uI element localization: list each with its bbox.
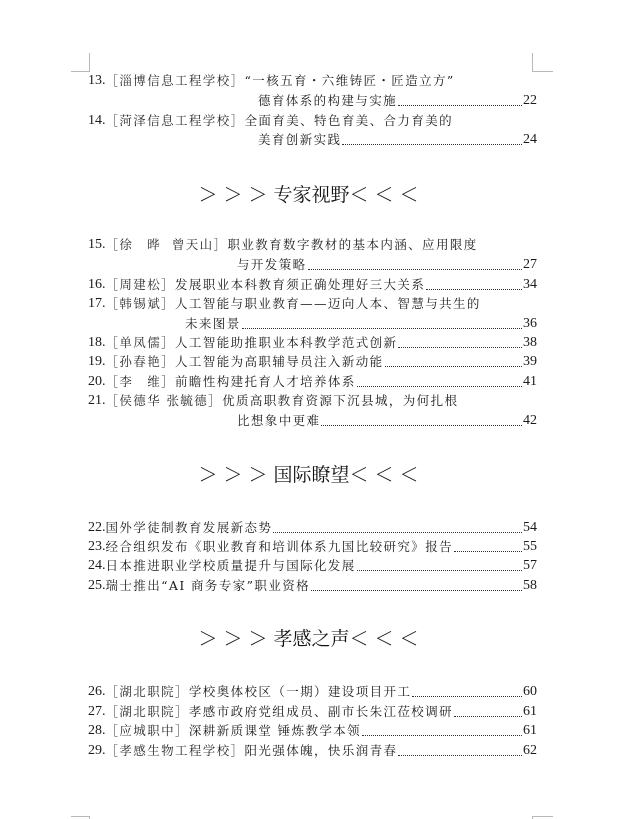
entry-page: 22 (523, 91, 537, 111)
entry-number: 29. (88, 741, 106, 761)
entry-number: 16. (88, 275, 106, 295)
entry-author: ［李 维］ (106, 372, 176, 392)
entry-title-cont: 未来图景 (185, 314, 241, 334)
entry-page: 38 (523, 333, 537, 353)
entry-page: 57 (523, 556, 537, 576)
entry-number: 25. (88, 576, 106, 596)
toc-entry-21[interactable]: 21. ［侯德华 张毓德］ 优质高职教育资源下沉县城，为何扎根 (88, 391, 537, 411)
entry-title: “一核五育・六维铸匠・匠造立方” (245, 71, 455, 91)
chevron-left-icon: ＜＜＜ (350, 184, 425, 206)
toc-entry-23[interactable]: 23. 经合组织发布《职业教育和培训体系九国比较研究》报告 55 (88, 537, 537, 557)
toc-entry-25[interactable]: 25. 瑞士推出“AI 商务专家”职业资格 58 (88, 576, 537, 596)
chevron-left-icon: ＜＜＜ (350, 464, 425, 486)
chevron-left-icon: ＜＜＜ (350, 628, 425, 650)
entry-number: 26. (88, 682, 106, 702)
leader-dots (311, 590, 522, 591)
entry-author: ［湖北职院］ (106, 682, 189, 702)
leader-dots (308, 269, 522, 270)
toc-entry-14-continuation[interactable]: 美育创新实践 24 (258, 130, 537, 150)
entry-title: 前瞻性构建托育人才培养体系 (175, 372, 356, 392)
entry-title: 全面育美、特色育美、合力育美的 (245, 111, 454, 131)
toc-entry-26[interactable]: 26. ［湖北职院］ 学校奥体校区（一期）建设项目开工 60 (88, 682, 537, 702)
toc-entry-22[interactable]: 22. 国外学徒制教育发展新态势 54 (88, 518, 537, 538)
entry-title-cont: 比想象中更难 (237, 411, 320, 431)
entry-number: 28. (88, 721, 106, 741)
toc-entry-18[interactable]: 18. ［单凤儒］ 人工智能助推职业本科教学范式创新 38 (88, 333, 537, 353)
toc-entry-17-continuation[interactable]: 未来图景 36 (185, 314, 537, 334)
section-header-xiaogan-voice: ＞＞＞孝感之声＜＜＜ (0, 624, 623, 651)
entry-author: ［淄博信息工程学校］ (106, 71, 245, 91)
toc-entry-27[interactable]: 27. ［湖北职院］ 孝感市政府党组成员、副市长朱江莅校调研 61 (88, 702, 537, 722)
leader-dots (398, 105, 522, 106)
entry-title: 日本推进职业学校质量提升与国际化发展 (106, 556, 356, 576)
entry-title: 瑞士推出“AI 商务专家”职业资格 (106, 576, 311, 596)
entry-number: 19. (88, 352, 106, 372)
section-header-expert-view: ＞＞＞专家视野＜＜＜ (0, 180, 623, 207)
leader-dots (398, 347, 522, 348)
entry-title-cont: 德育体系的构建与实施 (258, 91, 397, 111)
toc-entry-29[interactable]: 29. ［孝感生物工程学校］ 阳光强体魄，快乐润青春 62 (88, 741, 537, 761)
entry-title: 发展职业本科教育须正确处理好三大关系 (175, 275, 425, 295)
chevron-right-icon: ＞＞＞ (198, 628, 273, 650)
entry-page: 36 (523, 314, 537, 334)
crop-mark-top-left (71, 53, 90, 72)
entry-author: ［菏泽信息工程学校］ (106, 111, 245, 131)
toc-entry-13[interactable]: 13. ［淄博信息工程学校］ “一核五育・六维铸匠・匠造立方” (88, 71, 537, 91)
section-title: 国际瞭望 (273, 464, 349, 486)
entry-title: 人工智能为高职辅导员注入新动能 (175, 352, 384, 372)
entry-title-cont: 美育创新实践 (258, 130, 341, 150)
toc-entry-14[interactable]: 14. ［菏泽信息工程学校］ 全面育美、特色育美、合力育美的 (88, 111, 537, 131)
chevron-right-icon: ＞＞＞ (198, 464, 273, 486)
entry-page: 61 (523, 721, 537, 741)
section-title: 孝感之声 (273, 628, 349, 650)
leader-dots (242, 328, 522, 329)
leader-dots (357, 570, 522, 571)
entry-author: ［韩锡斌］ (106, 294, 176, 314)
entry-page: 34 (523, 275, 537, 295)
leader-dots (454, 716, 522, 717)
entry-number: 23. (88, 537, 106, 557)
entry-author: ［湖北职院］ (106, 702, 189, 722)
entry-author: ［应城职中］ (106, 721, 189, 741)
entry-author: ［单凤儒］ (106, 333, 176, 353)
entry-number: 13. (88, 71, 106, 91)
leader-dots (426, 289, 522, 290)
toc-entry-15[interactable]: 15. ［徐 晔 曾天山］ 职业教育数字教材的基本内涵、应用限度 (88, 235, 537, 255)
entry-title: 人工智能助推职业本科教学范式创新 (175, 333, 397, 353)
entry-number: 17. (88, 294, 106, 314)
entry-number: 14. (88, 111, 106, 131)
entry-number: 22. (88, 518, 106, 538)
section-title: 专家视野 (273, 184, 349, 206)
entry-page: 24 (523, 130, 537, 150)
toc-entry-16[interactable]: 16. ［周建松］ 发展职业本科教育须正确处理好三大关系 34 (88, 275, 537, 295)
entry-number: 27. (88, 702, 106, 722)
toc-entry-28[interactable]: 28. ［应城职中］ 深耕新质课堂 锤炼教学本领 61 (88, 721, 537, 741)
entry-author: ［侯德华 张毓德］ (106, 391, 223, 411)
entry-page: 55 (523, 537, 537, 557)
crop-mark-top-right (532, 53, 553, 72)
entry-page: 39 (523, 352, 537, 372)
toc-entry-21-continuation[interactable]: 比想象中更难 42 (237, 411, 537, 431)
entry-page: 60 (523, 682, 537, 702)
entry-page: 58 (523, 576, 537, 596)
section-header-international: ＞＞＞国际瞭望＜＜＜ (0, 460, 623, 487)
entry-title: 职业教育数字教材的基本内涵、应用限度 (227, 235, 477, 255)
entry-title: 学校奥体校区（一期）建设项目开工 (189, 682, 411, 702)
leader-dots (321, 425, 522, 426)
entry-page: 62 (523, 741, 537, 761)
toc-entry-19[interactable]: 19. ［孙春艳］ 人工智能为高职辅导员注入新动能 39 (88, 352, 537, 372)
leader-dots (362, 735, 522, 736)
entry-author: ［周建松］ (106, 275, 176, 295)
entry-page: 27 (523, 255, 537, 275)
entry-title: 阳光强体魄，快乐润青春 (245, 741, 398, 761)
leader-dots (398, 755, 522, 756)
toc-entry-20[interactable]: 20. ［李 维］ 前瞻性构建托育人才培养体系 41 (88, 372, 537, 392)
entry-number: 18. (88, 333, 106, 353)
entry-author: ［孙春艳］ (106, 352, 176, 372)
entry-page: 61 (523, 702, 537, 722)
leader-dots (273, 532, 522, 533)
entry-page: 41 (523, 372, 537, 392)
toc-entry-13-continuation[interactable]: 德育体系的构建与实施 22 (258, 91, 537, 111)
entry-title: 优质高职教育资源下沉县城，为何扎根 (222, 391, 458, 411)
entry-title: 国外学徒制教育发展新态势 (106, 518, 273, 538)
chevron-right-icon: ＞＞＞ (198, 184, 273, 206)
entry-title-cont: 与开发策略 (237, 255, 307, 275)
entry-number: 15. (88, 235, 106, 255)
entry-author: ［孝感生物工程学校］ (106, 741, 245, 761)
toc-entry-24[interactable]: 24. 日本推进职业学校质量提升与国际化发展 57 (88, 556, 537, 576)
entry-author: ［徐 晔 曾天山］ (106, 235, 228, 255)
toc-entry-15-continuation[interactable]: 与开发策略 27 (237, 255, 537, 275)
leader-dots (454, 551, 522, 552)
entry-title: 深耕新质课堂 锤炼教学本领 (189, 721, 361, 741)
entry-number: 21. (88, 391, 106, 411)
leader-dots (357, 386, 522, 387)
entry-page: 42 (523, 411, 537, 431)
entry-number: 20. (88, 372, 106, 392)
leader-dots (342, 144, 522, 145)
entry-title: 人工智能与职业教育——迈向人本、智慧与共生的 (175, 294, 481, 314)
leader-dots (412, 696, 522, 697)
entry-title: 经合组织发布《职业教育和培训体系九国比较研究》报告 (106, 537, 454, 557)
toc-entry-17[interactable]: 17. ［韩锡斌］ 人工智能与职业教育——迈向人本、智慧与共生的 (88, 294, 537, 314)
leader-dots (385, 366, 522, 367)
entry-page: 54 (523, 518, 537, 538)
entry-number: 24. (88, 556, 106, 576)
entry-title: 孝感市政府党组成员、副市长朱江莅校调研 (189, 702, 453, 722)
